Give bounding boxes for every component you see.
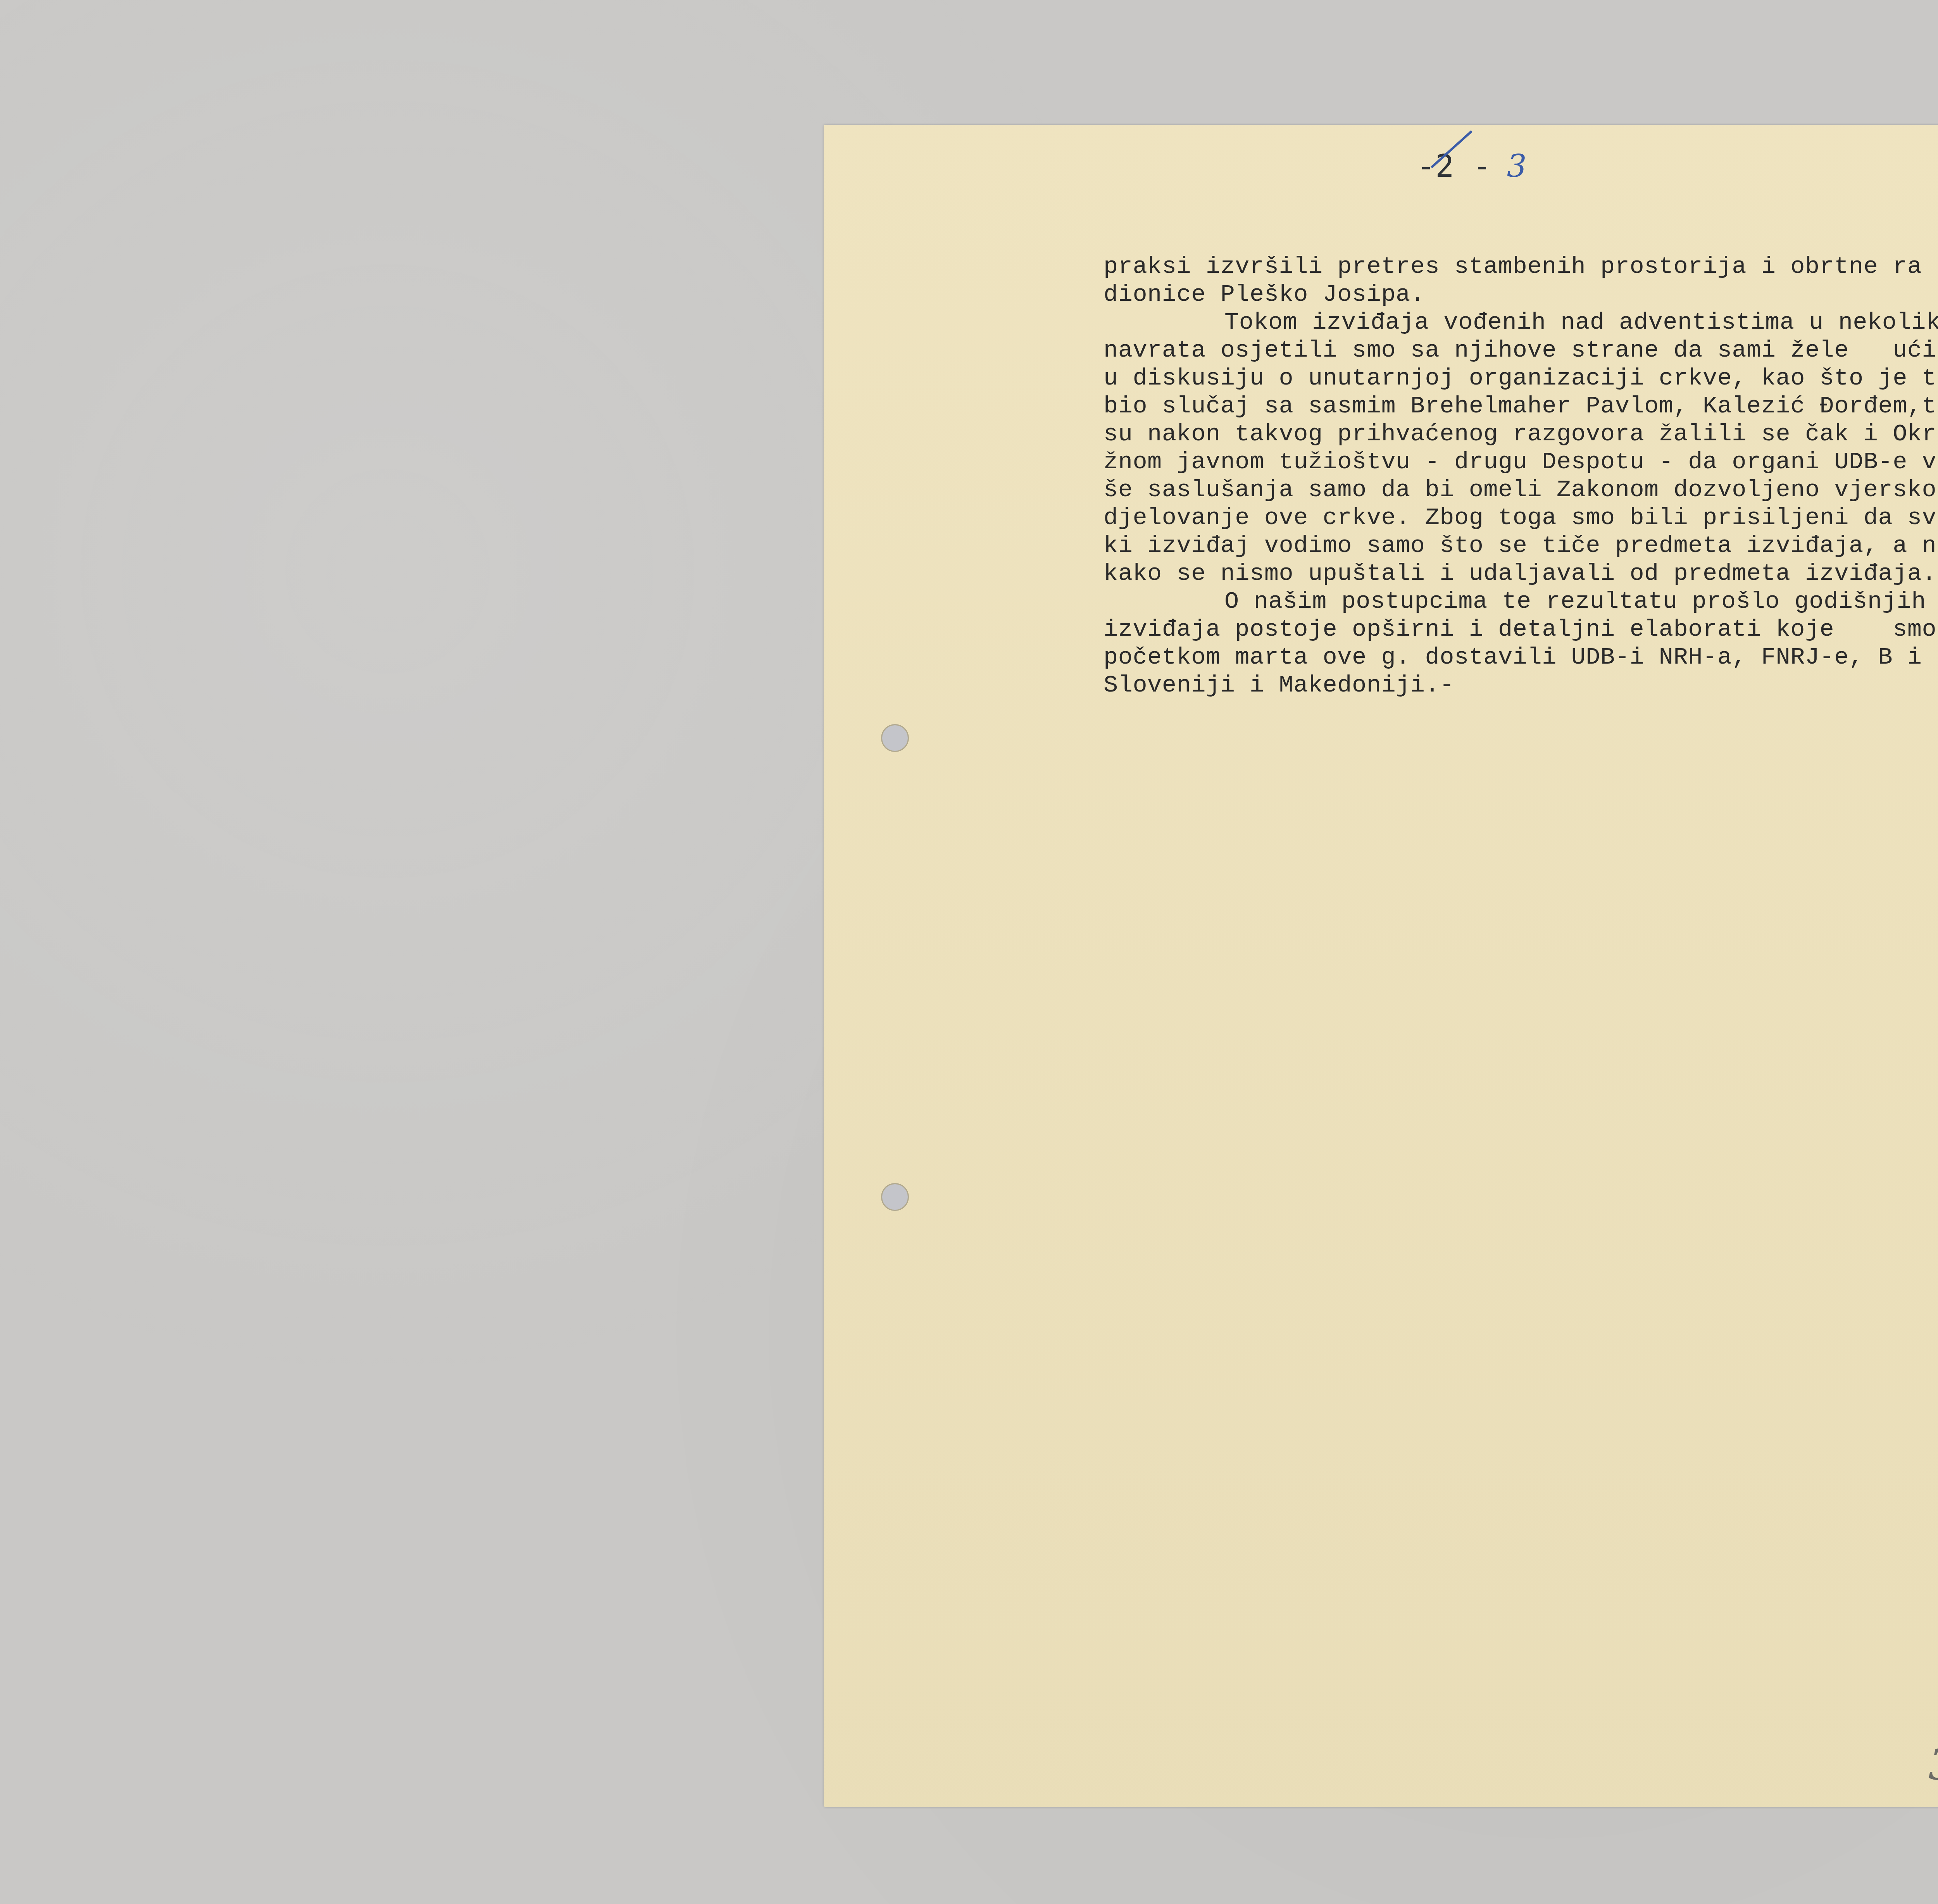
page-number-marker: -2 -3: [1417, 148, 1527, 184]
document-page: -2 -3 praksi izvršili pretres stambenih …: [824, 125, 1938, 1807]
text-line: izviđaja postoje opširni i detaljni elab…: [1103, 616, 1938, 643]
text-line: O našim postupcima te rezultatu prošlo g…: [1103, 588, 1938, 616]
punch-hole-icon: [881, 1183, 909, 1211]
punch-hole-icon: [881, 724, 909, 752]
text-line: Tokom izviđaja vođenih nad adventistima …: [1103, 309, 1938, 336]
text-line: še saslušanja samo da bi omeli Zakonom d…: [1103, 476, 1938, 504]
text-line: početkom marta ove g. dostavili UDB-i NR…: [1103, 643, 1938, 671]
text-line: praksi izvršili pretres stambenih prosto…: [1103, 253, 1938, 281]
text-line: navrata osjetili smo sa njihove strane d…: [1103, 336, 1938, 364]
text-line: djelovanje ove crkve. Zbog toga smo bili…: [1103, 504, 1938, 532]
text-line: bio slučaj sa sasmim Brehelmaher Pavlom,…: [1103, 392, 1938, 420]
text-line: dionice Pleško Josipa.: [1103, 281, 1938, 309]
text-line: ki izviđaj vodimo samo što se tiče predm…: [1103, 532, 1938, 560]
text-line: su nakon takvog prihvaćenog razgovora ža…: [1103, 420, 1938, 448]
page-marker-separator: -: [1473, 148, 1491, 184]
text-line: u diskusiju o unutarnjoj organizaciji cr…: [1103, 364, 1938, 392]
typewritten-body: praksi izvršili pretres stambenih prosto…: [1103, 253, 1938, 699]
text-line: žnom javnom tužioštvu - drugu Despotu - …: [1103, 448, 1938, 476]
handwritten-page-number: 3: [1507, 148, 1527, 184]
struck-page-number: 2: [1435, 148, 1454, 184]
folio-number: 36: [1928, 1740, 1938, 1789]
text-line: Sloveniji i Makedoniji.-: [1103, 671, 1938, 699]
text-line: kako se nismo upuštali i udaljavali od p…: [1103, 560, 1938, 588]
